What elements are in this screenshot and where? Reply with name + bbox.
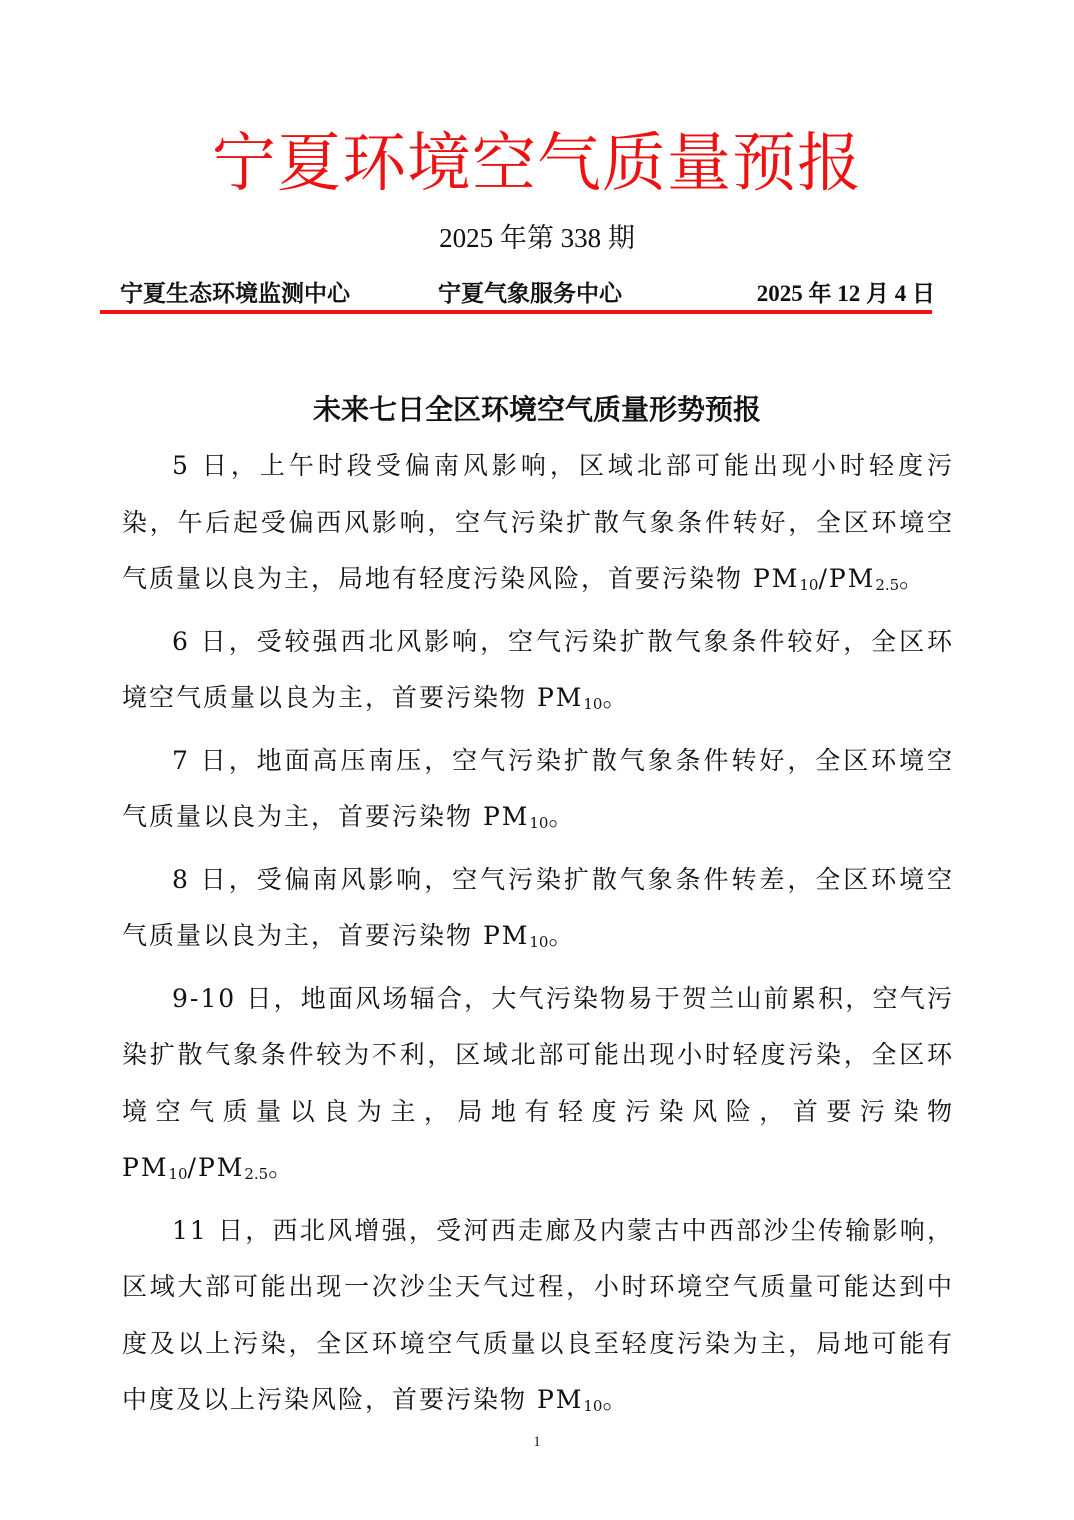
period: 。 [548, 921, 575, 950]
pm-subscript: 2.5 [875, 576, 899, 594]
pm-text: /PM [818, 564, 875, 593]
pm-text: PM [483, 921, 529, 950]
pollutant-label: PM10。 [537, 1385, 630, 1414]
period: 。 [268, 1153, 295, 1182]
pollutant-label: PM10。 [483, 802, 576, 831]
paragraph-text: 9-10 日，地面风场辐合，大气污染物易于贺兰山前累积，空气污染扩散气象条件较为… [122, 984, 954, 1126]
issuer-ecology-center: 宁夏生态环境监测中心 [120, 276, 350, 312]
forecast-paragraph-day-6: 6 日，受较强西北风影响，空气污染扩散气象条件较好，全区环境空气质量以良为主，首… [122, 614, 954, 733]
forecast-paragraph-day-5: 5 日，上午时段受偏南风影响，区域北部可能出现小时轻度污染，午后起受偏西风影响，… [122, 438, 954, 614]
pm-text: PM [753, 564, 799, 593]
issue-number: 2025 年第 338 期 [0, 218, 1074, 258]
forecast-paragraph-day-9-10: 9-10 日，地面风场辐合，大气污染物易于贺兰山前累积，空气污染扩散气象条件较为… [122, 971, 954, 1203]
period: 。 [602, 683, 629, 712]
document-page: 宁夏环境空气质量预报 2025 年第 338 期 宁夏生态环境监测中心 宁夏气象… [0, 0, 1074, 1520]
pm-subscript: 10 [583, 695, 602, 713]
page-number: 1 [0, 1432, 1074, 1452]
pm-subscript: 2.5 [244, 1165, 268, 1183]
issuer-meteorology-center: 宁夏气象服务中心 [438, 276, 622, 312]
period: 。 [548, 802, 575, 831]
pm-text: PM [483, 802, 529, 831]
pm-text: PM [122, 1153, 168, 1182]
issue-date: 2025 年 12 月 4 日 [757, 276, 935, 312]
pm-text: PM [537, 1385, 583, 1414]
issuer-row: 宁夏生态环境监测中心 宁夏气象服务中心 2025 年 12 月 4 日 [120, 276, 935, 312]
pm-subscript: 10 [583, 1397, 602, 1415]
forecast-paragraph-day-7: 7 日，地面高压南压，空气污染扩散气象条件转好，全区环境空气质量以良为主，首要污… [122, 733, 954, 852]
pollutant-label: PM10。 [483, 921, 576, 950]
pm-subscript: 10 [168, 1165, 187, 1183]
period: 。 [602, 1385, 629, 1414]
period: 。 [899, 564, 926, 593]
pm-subscript: 10 [529, 933, 548, 951]
pollutant-label: PM10/PM2.5。 [753, 564, 926, 593]
forecast-paragraph-day-11: 11 日，西北风增强，受河西走廊及内蒙古中西部沙尘传输影响，区域大部可能出现一次… [122, 1203, 954, 1435]
pollutant-label: PM10。 [537, 683, 630, 712]
forecast-body: 5 日，上午时段受偏南风影响，区域北部可能出现小时轻度污染，午后起受偏西风影响，… [122, 438, 954, 1435]
forecast-paragraph-day-8: 8 日，受偏南风影响，空气污染扩散气象条件转差，全区环境空气质量以良为主，首要污… [122, 852, 954, 971]
red-divider-rule [100, 310, 932, 314]
pm-text: PM [537, 683, 583, 712]
masthead-title: 宁夏环境空气质量预报 [0, 124, 1074, 204]
section-title: 未来七日全区环境空气质量形势预报 [0, 388, 1074, 432]
pm-subscript: 10 [529, 814, 548, 832]
pollutant-label: PM10/PM2.5。 [122, 1153, 295, 1182]
pm-text: /PM [188, 1153, 245, 1182]
pm-subscript: 10 [799, 576, 818, 594]
